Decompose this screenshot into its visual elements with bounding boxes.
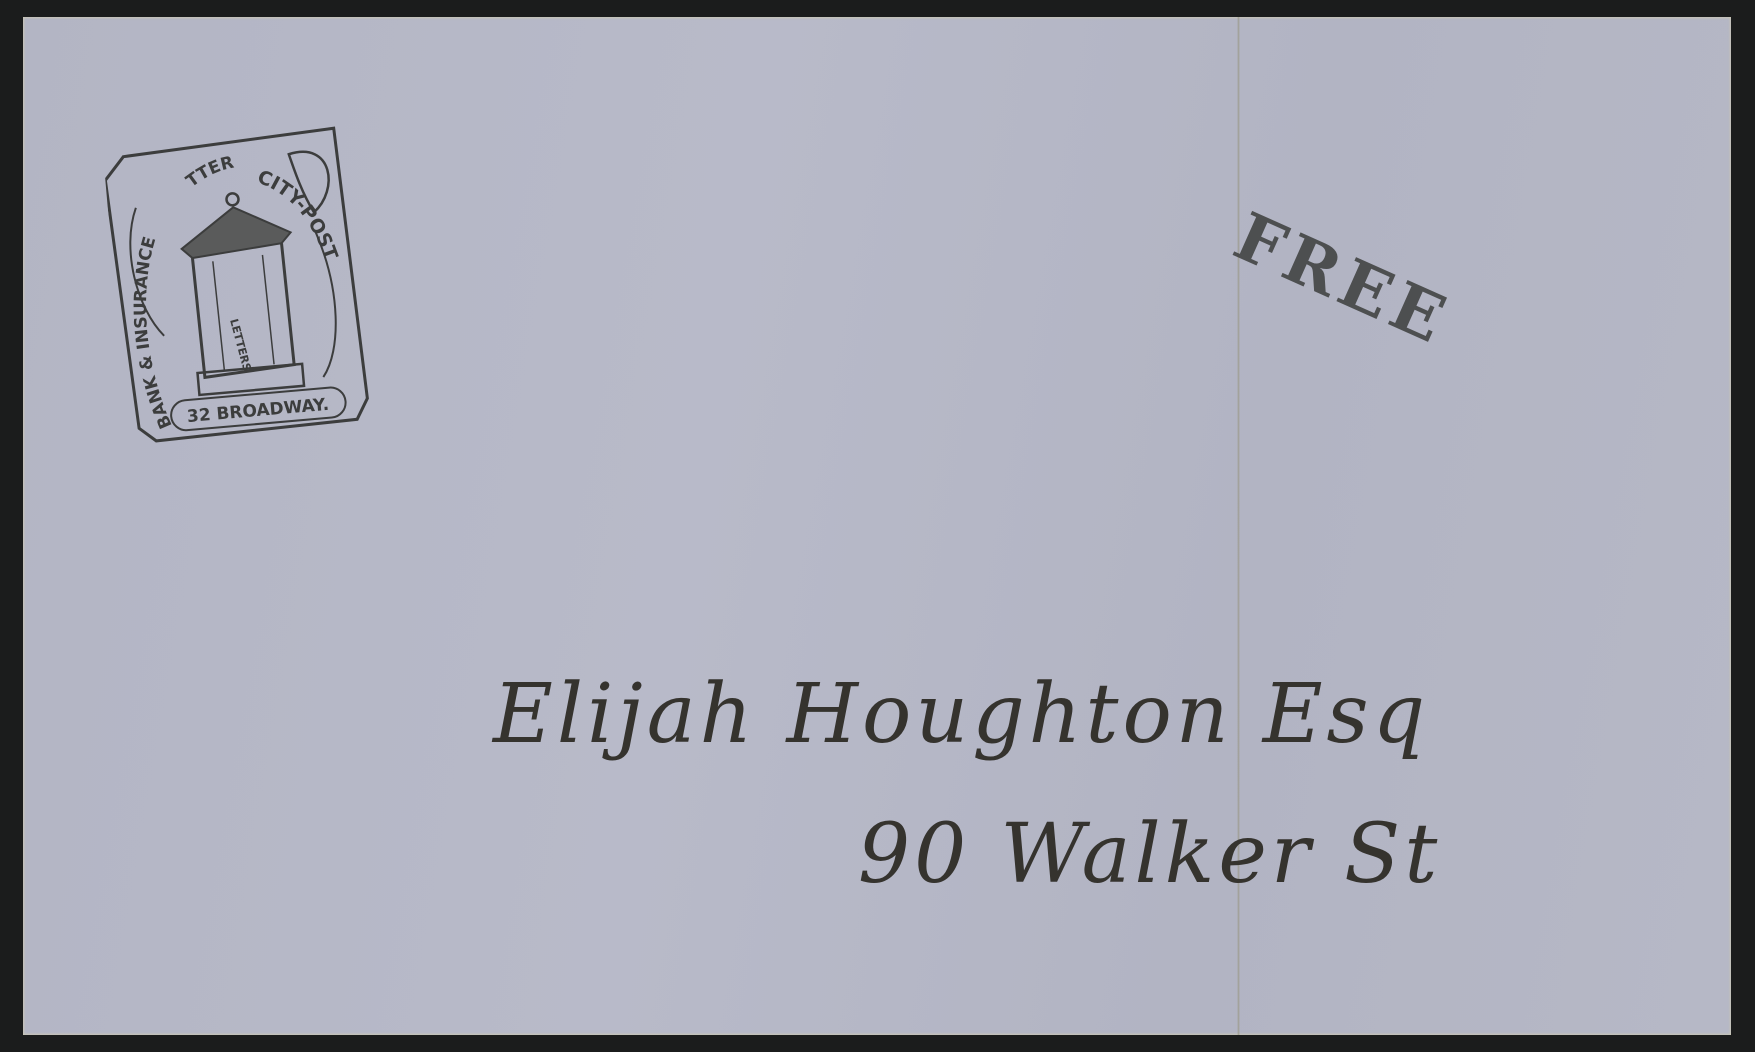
- address-street: 90 Walker St: [858, 807, 1441, 902]
- free-handstamp: FREE: [1223, 197, 1461, 360]
- stamp-icon: LETTERS BANK & INSURANCE TTER CITY-POST …: [102, 119, 378, 452]
- svg-text:TTER: TTER: [181, 152, 237, 192]
- address-recipient: Elijah Houghton Esq: [493, 667, 1429, 762]
- envelope: LETTERS BANK & INSURANCE TTER CITY-POST …: [23, 17, 1731, 1035]
- bank-insurance-letter-city-post-stamp: LETTERS BANK & INSURANCE TTER CITY-POST …: [102, 119, 378, 452]
- svg-text:LETTERS: LETTERS: [227, 317, 253, 372]
- stamp-top-text: TTER: [181, 152, 237, 192]
- stamp-bottom-text: 32 BROADWAY.: [186, 395, 330, 427]
